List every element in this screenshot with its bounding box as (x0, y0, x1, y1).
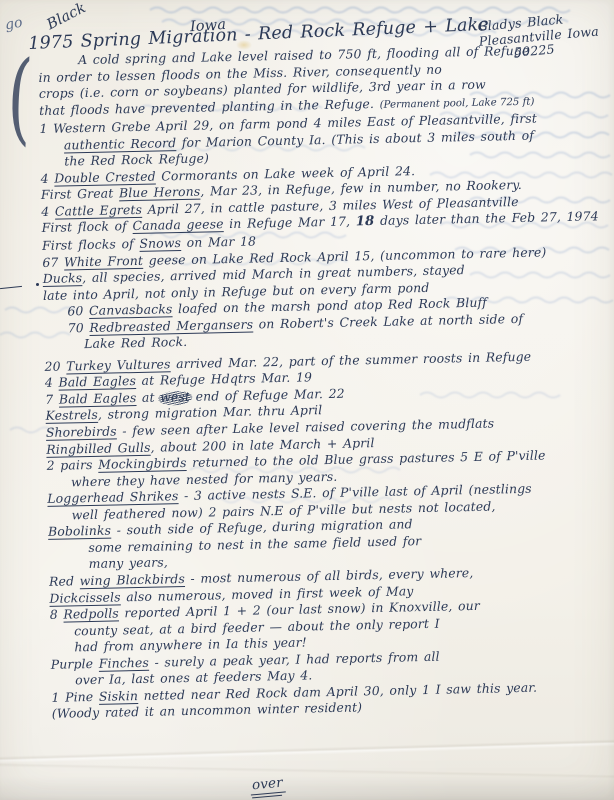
corner-mark: go (4, 15, 24, 34)
paper-crease (0, 758, 614, 782)
manuscript-page: go Black Iowa Gladys Black Pleasantville… (0, 0, 614, 800)
footer-over-label: over (249, 775, 285, 796)
footer-over-note: over (249, 775, 285, 794)
margin-brace: ( (6, 46, 35, 148)
margin-dash-mark (0, 286, 22, 289)
paper-crease (0, 733, 614, 767)
manuscript-body: A cold spring and Lake level raised to 7… (38, 41, 614, 723)
name-annotation: Black (44, 0, 88, 33)
margin-dot-mark (36, 283, 39, 286)
